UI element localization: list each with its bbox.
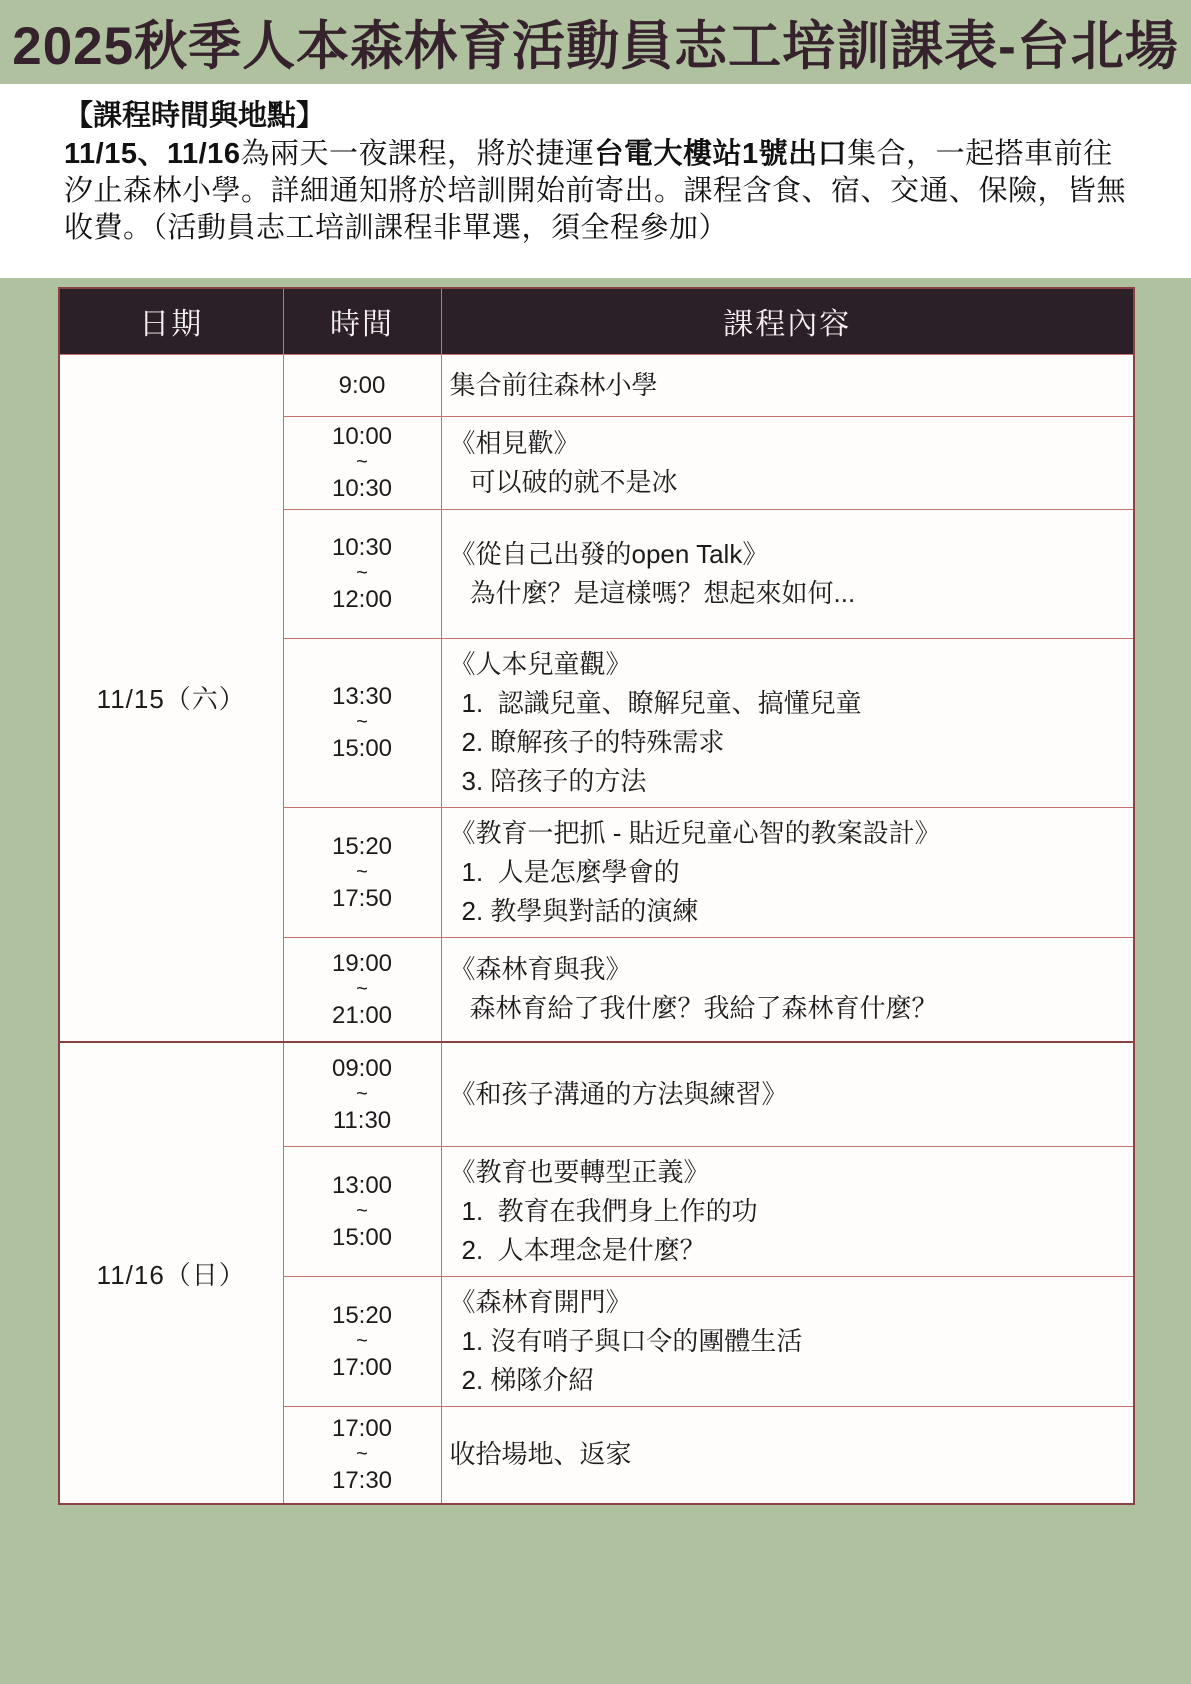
time-value: 15:20 [284,1300,441,1331]
header-row: 日期 時間 課程內容 [59,288,1134,354]
course-content-cell: 《森林育開門》1. 沒有哨子與口令的團體生活2. 梯隊介紹 [441,1276,1134,1406]
time-value: 17:30 [284,1465,441,1496]
schedule-row: 11/16（日）09:00~11:30《和孩子溝通的方法與練習》 [59,1042,1134,1146]
time-value: 13:30 [284,681,441,712]
course-detail-line: 森林育給了我什麼？我給了森林育什麼？ [450,989,1124,1028]
time-range-separator: ~ [284,1331,441,1352]
intro-section: 【課程時間與地點】 11/15、11/16為兩天一夜課程，將於捷運台電大樓站1號… [0,84,1191,278]
intro-segment: 為兩天一夜課程，將於捷運 [240,138,594,170]
time-range-separator: ~ [284,452,441,473]
time-range-separator: ~ [284,1444,441,1465]
course-detail-line: 1. 沒有哨子與口令的團體生活 [450,1322,1124,1361]
course-detail-line: 為什麼？是這樣嗎？想起來如何... [450,574,1124,613]
schedule-row: 11/15（六）9:00集合前往森林小學 [59,354,1134,416]
course-title: 《人本兒童觀》 [450,645,1124,684]
time-range-separator: ~ [284,1084,441,1105]
time-value: 19:00 [284,948,441,979]
time-range-separator: ~ [284,862,441,883]
time-cell: 13:00~15:00 [283,1146,441,1276]
date-cell: 11/15（六） [59,354,283,1042]
time-value: 15:20 [284,831,441,862]
time-value: 9:00 [284,370,441,401]
intro-segment: 台電大樓站1號出口 [594,138,847,170]
course-detail-line: 可以破的就不是冰 [450,463,1124,502]
page-title: 2025秋季人本森林育活動員志工培訓課表-台北場 [12,4,1179,80]
course-detail-line: 2. 教學與對話的演練 [450,892,1124,931]
course-title: 《教育一把抓 - 貼近兒童心智的教案設計》 [450,814,1124,853]
time-value: 10:30 [284,532,441,563]
course-content-cell: 集合前往森林小學 [441,354,1134,416]
time-cell: 09:00~11:30 [283,1042,441,1146]
column-header-date: 日期 [59,288,283,354]
course-detail-line: 收拾場地、返家 [450,1435,1124,1474]
time-value: 21:00 [284,1000,441,1031]
column-header-time: 時間 [283,288,441,354]
time-value: 15:00 [284,1222,441,1253]
course-detail-line: 2. 梯隊介紹 [450,1361,1124,1400]
time-cell: 17:00~17:30 [283,1406,441,1504]
course-detail-line: 1. 人是怎麼學會的 [450,853,1124,892]
course-content-cell: 《相見歡》可以破的就不是冰 [441,416,1134,509]
time-cell: 10:30~12:00 [283,509,441,638]
time-cell: 10:00~10:30 [283,416,441,509]
time-range-separator: ~ [284,712,441,733]
intro-paragraph: 11/15、11/16為兩天一夜課程，將於捷運台電大樓站1號出口集合，一起搭車前… [64,136,1127,247]
title-band: 2025秋季人本森林育活動員志工培訓課表-台北場 [0,0,1191,84]
time-value: 11:30 [284,1105,441,1136]
time-value: 17:00 [284,1352,441,1383]
time-range-separator: ~ [284,979,441,1000]
course-title: 《森林育與我》 [450,950,1124,989]
time-value: 12:00 [284,584,441,615]
schedule-table: 日期 時間 課程內容 11/15（六）9:00集合前往森林小學10:00~10:… [58,287,1135,1505]
intro-heading: 【課程時間與地點】 [64,96,1127,136]
course-content-cell: 《教育一把抓 - 貼近兒童心智的教案設計》1. 人是怎麼學會的2. 教學與對話的… [441,807,1134,937]
time-cell: 19:00~21:00 [283,937,441,1042]
time-value: 10:00 [284,421,441,452]
course-title: 《相見歡》 [450,424,1124,463]
time-cell: 9:00 [283,354,441,416]
column-header-content: 課程內容 [441,288,1134,354]
date-cell: 11/16（日） [59,1042,283,1504]
course-title: 《森林育開門》 [450,1283,1124,1322]
time-value: 17:00 [284,1413,441,1444]
time-value: 17:50 [284,883,441,914]
time-range-separator: ~ [284,1201,441,1222]
schedule-table-header: 日期 時間 課程內容 [59,288,1134,354]
course-detail-line: 2. 瞭解孩子的特殊需求 [450,723,1124,762]
course-detail-line: 2. 人本理念是什麼？ [450,1231,1124,1270]
course-detail-line: 1. 認識兒童、瞭解兒童、搞懂兒童 [450,684,1124,723]
course-title: 《教育也要轉型正義》 [450,1153,1124,1192]
time-value: 15:00 [284,733,441,764]
course-content-cell: 《和孩子溝通的方法與練習》 [441,1042,1134,1146]
time-value: 10:30 [284,473,441,504]
time-value: 09:00 [284,1053,441,1084]
schedule-table-body: 11/15（六）9:00集合前往森林小學10:00~10:30《相見歡》可以破的… [59,354,1134,1504]
time-cell: 15:20~17:00 [283,1276,441,1406]
course-content-cell: 收拾場地、返家 [441,1406,1134,1504]
course-content-cell: 《人本兒童觀》1. 認識兒童、瞭解兒童、搞懂兒童2. 瞭解孩子的特殊需求3. 陪… [441,638,1134,807]
course-title: 《從自己出發的open Talk》 [450,535,1124,574]
time-cell: 13:30~15:00 [283,638,441,807]
course-detail-line: 3. 陪孩子的方法 [450,762,1124,801]
course-content-cell: 《森林育與我》森林育給了我什麼？我給了森林育什麼？ [441,937,1134,1042]
intro-segment: 11/15、11/16 [64,138,240,170]
time-value: 13:00 [284,1170,441,1201]
time-range-separator: ~ [284,563,441,584]
time-cell: 15:20~17:50 [283,807,441,937]
course-title: 《和孩子溝通的方法與練習》 [450,1075,1124,1114]
course-content-cell: 《從自己出發的open Talk》為什麼？是這樣嗎？想起來如何... [441,509,1134,638]
course-content-cell: 《教育也要轉型正義》1. 教育在我們身上作的功2. 人本理念是什麼？ [441,1146,1134,1276]
course-detail-line: 集合前往森林小學 [450,366,1124,405]
course-detail-line: 1. 教育在我們身上作的功 [450,1192,1124,1231]
